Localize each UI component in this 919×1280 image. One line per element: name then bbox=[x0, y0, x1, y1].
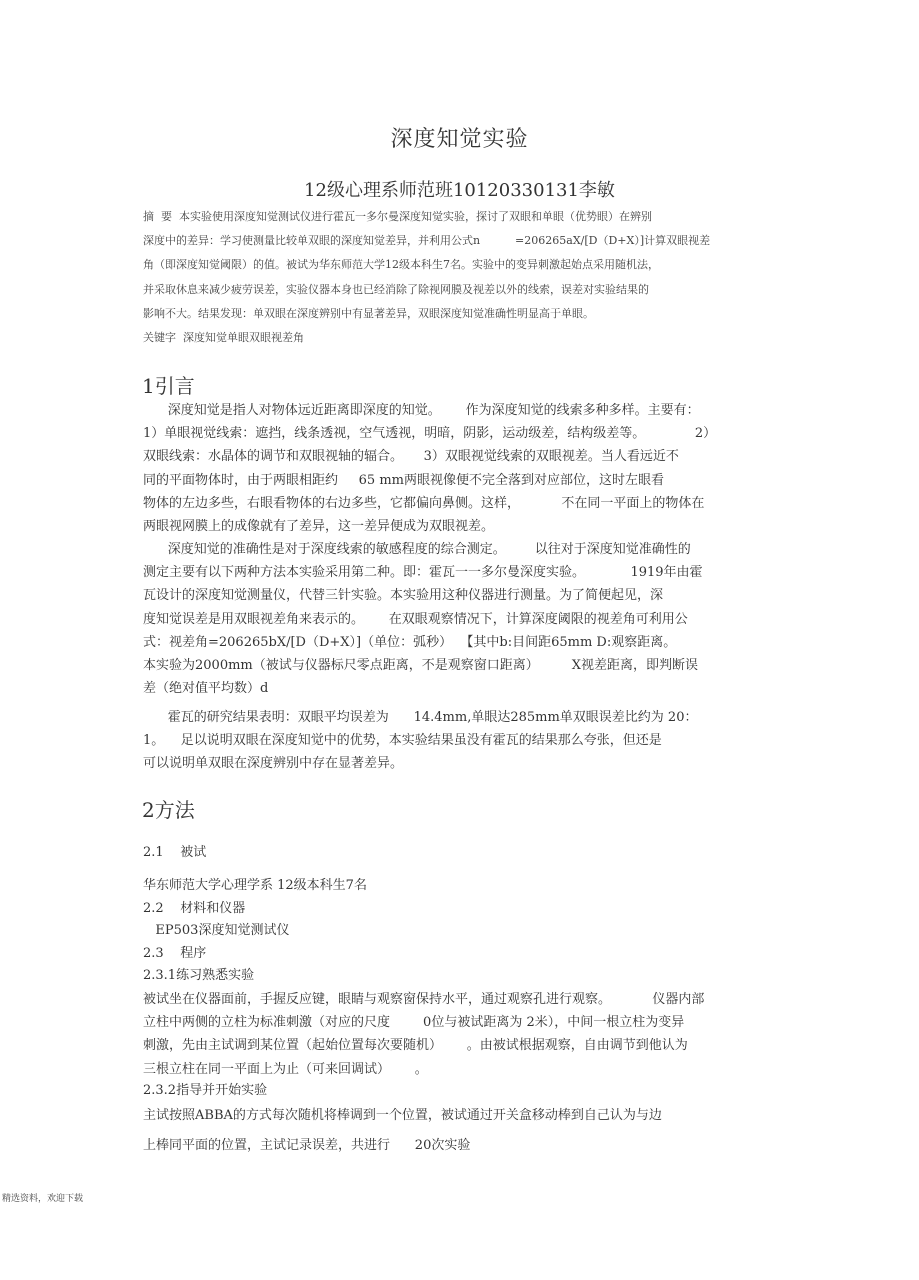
paragraph-line: 上棒同平面的位置，主试记录误差，共进行 20次实验 bbox=[143, 1136, 793, 1159]
abstract-line: 深度中的差异：学习使测量比较单双眼的深度知觉差异，并利用公式n =206265a… bbox=[143, 232, 793, 256]
paragraph-line: 立柱中两侧的立柱为标准刺激（对应的尺度 0位与被试距离为 2米），中间一根立柱为… bbox=[143, 1013, 793, 1036]
abstract-line: 影响不大。结果发现：单双眼在深度辨别中有显著差异，双眼深度知觉准确性明显高于单眼… bbox=[143, 305, 793, 329]
subsection-heading-2-3-2: 2.3.2指导并开始实验 bbox=[143, 1081, 267, 1101]
paragraph-line: 深度知觉是指人对物体远近距离即深度的知觉。 作为深度知觉的线索多种多样。主要有： bbox=[143, 401, 793, 424]
paragraph-line: 三根立柱在同一平面上为止（可来回调试） 。 bbox=[143, 1060, 793, 1083]
paragraph-line: 度知觉误差是用双眼视差角来表示的。 在双眼观察情况下，计算深度阈限的视差角可利用… bbox=[143, 610, 793, 633]
paragraph-line: 被试坐在仪器面前，手握反应键，眼睛与观察窗保持水平，通过观察孔进行观察。 仪器内… bbox=[143, 990, 793, 1013]
intro-paragraph-1: 深度知觉是指人对物体远近距离即深度的知觉。 作为深度知觉的线索多种多样。主要有：… bbox=[143, 401, 793, 540]
paragraph-line: 差（绝对值平均数）d bbox=[143, 679, 793, 702]
paragraph-line: 深度知觉的准确性是对于深度线索的敏感程度的综合测定。 以往对于深度知觉准确性的 bbox=[143, 540, 793, 563]
abstract-line: 摘 要 本实验使用深度知觉测试仪进行霍瓦一多尔曼深度知觉实验，探讨了双眼和单眼（… bbox=[143, 208, 793, 232]
abstract: 摘 要 本实验使用深度知觉测试仪进行霍瓦一多尔曼深度知觉实验，探讨了双眼和单眼（… bbox=[143, 208, 793, 353]
paragraph-line: 本实验为2000mm（被试与仪器标尺零点距离，不是观察窗口距离） X视差距离，即… bbox=[143, 656, 793, 679]
experiment-procedure: 主试按照ABBA的方式每次随机将棒调到一个位置，被试通过开关盒移动棒到自己认为与… bbox=[143, 1106, 793, 1159]
paragraph-line: 同的平面物体时，由于两眼相距约 65 mm两眼视像便不完全落到对应部位，这时左眼… bbox=[143, 471, 793, 494]
section-heading-introduction: 1引言 bbox=[142, 370, 195, 399]
paragraph-line: 测定主要有以下两种方法本实验采用第二种。即：霍瓦一一多尔曼深度实验。 1919年… bbox=[143, 563, 793, 586]
section-heading-method: 2方法 bbox=[142, 794, 195, 823]
abstract-line: 角（即深度知觉阈限）的值。被试为华东师范大学12级本科生7名。实验中的变异刺激起… bbox=[143, 256, 793, 280]
document-title: 深度知觉实验 bbox=[0, 122, 919, 153]
paragraph-line: 双眼线索：水晶体的调节和双眼视轴的辐合。 3）双眼视觉线索的双眼视差。当人看远近… bbox=[143, 447, 793, 470]
abstract-line: 并采取休息来减少疲劳误差，实验仪器本身也已经消除了除视网膜及视差以外的线索，误差… bbox=[143, 281, 793, 305]
paragraph-line: 瓦设计的深度知觉测量仪，代替三针实验。本实验用这种仪器进行测量。为了简便起见，深 bbox=[143, 586, 793, 609]
paragraph-line: 1）单眼视觉线索：遮挡，线条透视，空气透视，明暗，阴影，运动级差，结构级差等。 … bbox=[143, 424, 793, 447]
subjects-text: 华东师范大学心理学系 12级本科生7名 bbox=[143, 876, 367, 896]
intro-paragraph-2: 深度知觉的准确性是对于深度线索的敏感程度的综合测定。 以往对于深度知觉准确性的 … bbox=[143, 540, 793, 702]
paragraph-line: 刺激，先由主试调到某位置（起始位置每次要随机） 。由被试根据观察，自由调节到他认… bbox=[143, 1036, 793, 1059]
paragraph-line: 两眼视网膜上的成像就有了差异，这一差异便成为双眼视差。 bbox=[143, 517, 793, 540]
document-page: 深度知觉实验 12级心理系师范班10120330131李敏 摘 要 本实验使用深… bbox=[0, 0, 919, 1280]
practice-procedure: 被试坐在仪器面前，手握反应键，眼睛与观察窗保持水平，通过观察孔进行观察。 仪器内… bbox=[143, 990, 793, 1083]
paragraph-line: 主试按照ABBA的方式每次随机将棒调到一个位置，被试通过开关盒移动棒到自己认为与… bbox=[143, 1106, 793, 1136]
paragraph-line: 式：视差角=206265bX/[D（D+X）]（单位：弧秒） 【其中b:目间距6… bbox=[143, 633, 793, 656]
paragraph-line: 霍瓦的研究结果表明：双眼平均误差为 14.4mm,单眼达285mm单双眼误差比约… bbox=[143, 708, 793, 731]
author-line: 12级心理系师范班10120330131李敏 bbox=[0, 176, 919, 202]
keywords-line: 关键字 深度知觉单眼双眼视差角 bbox=[143, 329, 793, 353]
subsection-heading-2-3: 2.3 程序 bbox=[143, 944, 206, 964]
apparatus-text: EP503深度知觉测试仪 bbox=[143, 921, 289, 941]
paragraph-line: 物体的左边多些，右眼看物体的右边多些，它都偏向鼻侧。这样， 不在同一平面上的物体… bbox=[143, 494, 793, 517]
paragraph-line: 1。 足以说明双眼在深度知觉中的优势，本实验结果虽没有霍瓦的结果那么夸张，但还是 bbox=[143, 731, 793, 754]
subsection-heading-2-3-1: 2.3.1练习熟悉实验 bbox=[143, 966, 254, 986]
subsection-heading-2-1: 2.1 被试 bbox=[143, 843, 206, 863]
intro-paragraph-3: 霍瓦的研究结果表明：双眼平均误差为 14.4mm,单眼达285mm单双眼误差比约… bbox=[143, 708, 793, 778]
subsection-heading-2-2: 2.2 材料和仪器 bbox=[143, 899, 245, 919]
footer-note: 精选资料，欢迎下载 bbox=[2, 1191, 83, 1204]
paragraph-line: 可以说明单双眼在深度辨别中存在显著差异。 bbox=[143, 754, 793, 777]
